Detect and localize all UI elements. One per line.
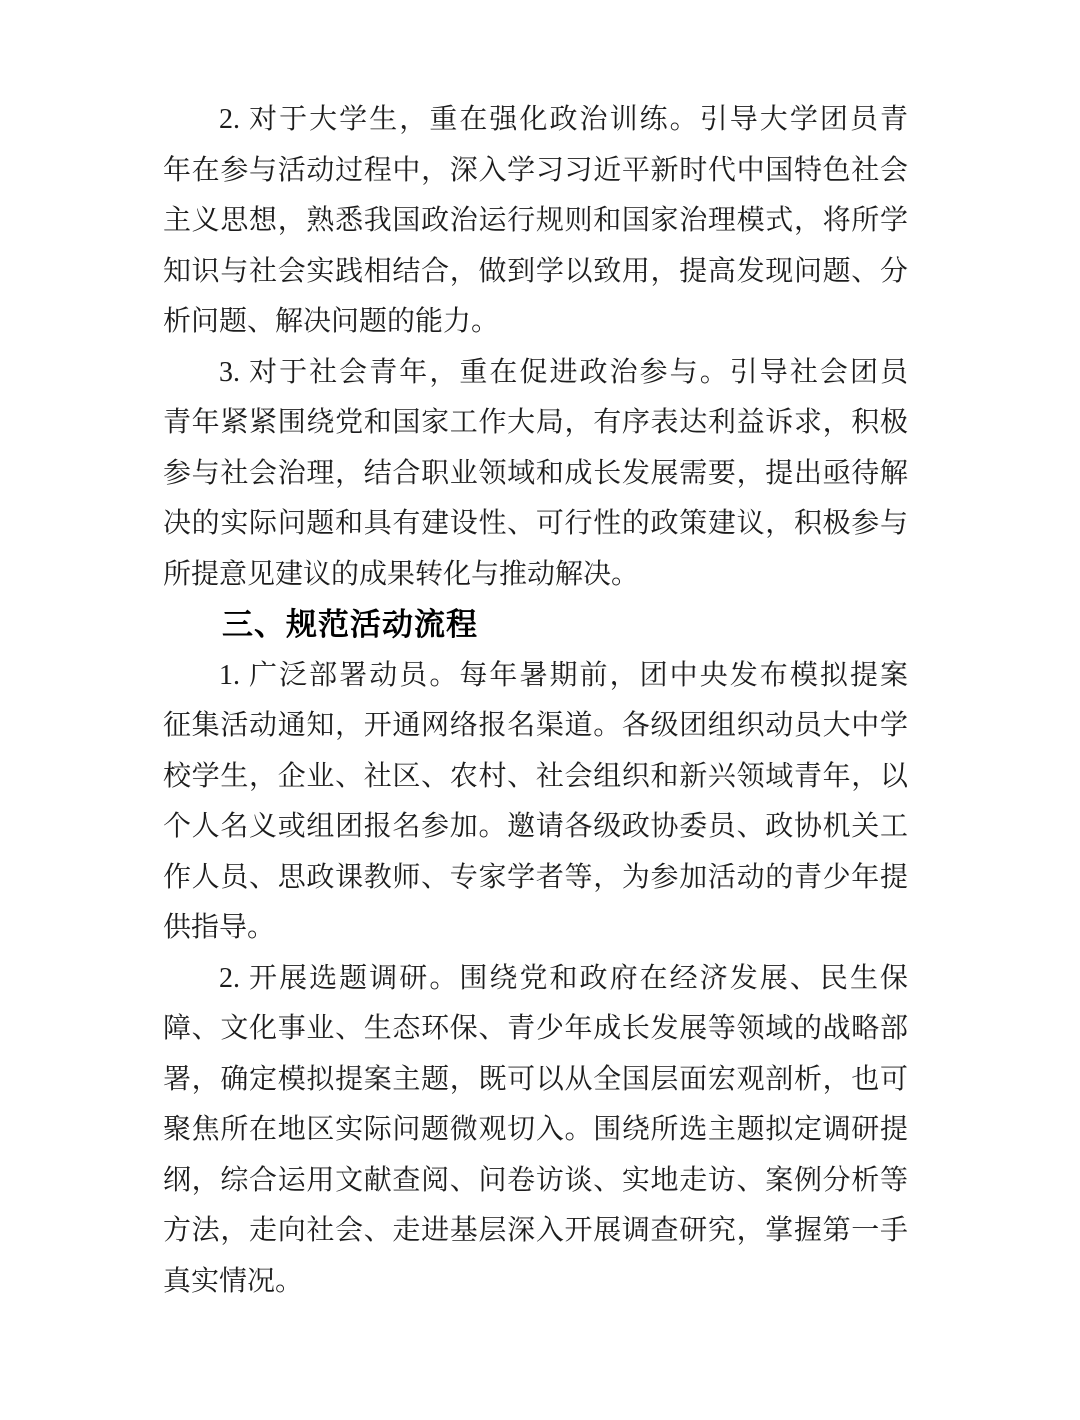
text-line: 2. 开展选题调研。围绕党和政府在经济发展、民生保 [163, 954, 908, 1005]
paragraph: 2. 开展选题调研。围绕党和政府在经济发展、民生保障、文化事业、生态环保、青少年… [163, 954, 908, 1308]
text-line: 校学生，企业、社区、农村、社会组织和新兴领域青年，以 [163, 752, 908, 803]
text-line: 真实情况。 [163, 1257, 908, 1308]
paragraph: 2. 对于大学生，重在强化政治训练。引导大学团员青年在参与活动过程中，深入学习习… [163, 95, 908, 348]
text-line: 纲，综合运用文献查阅、问卷访谈、实地走访、案例分析等 [163, 1156, 908, 1207]
text-line: 年在参与活动过程中，深入学习习近平新时代中国特色社会 [163, 146, 908, 197]
text-line: 参与社会治理，结合职业领域和成长发展需要，提出亟待解 [163, 449, 908, 500]
text-line: 障、文化事业、生态环保、青少年成长发展等领域的战略部 [163, 1004, 908, 1055]
text-line: 3. 对于社会青年，重在促进政治参与。引导社会团员 [163, 348, 908, 399]
text-line: 析问题、解决问题的能力。 [163, 297, 908, 348]
text-line: 决的实际问题和具有建设性、可行性的政策建议，积极参与 [163, 499, 908, 550]
document-page: 2. 对于大学生，重在强化政治训练。引导大学团员青年在参与活动过程中，深入学习习… [0, 0, 1080, 1420]
text-line: 知识与社会实践相结合，做到学以致用，提高发现问题、分 [163, 247, 908, 298]
text-line: 供指导。 [163, 903, 908, 954]
text-line: 所提意见建议的成果转化与推动解决。 [163, 550, 908, 601]
text-line: 征集活动通知，开通网络报名渠道。各级团组织动员大中学 [163, 701, 908, 752]
section-heading: 三、规范活动流程 [163, 600, 908, 651]
text-line: 主义思想，熟悉我国政治运行规则和国家治理模式，将所学 [163, 196, 908, 247]
text-line: 个人名义或组团报名参加。邀请各级政协委员、政协机关工 [163, 802, 908, 853]
paragraph: 3. 对于社会青年，重在促进政治参与。引导社会团员青年紧紧围绕党和国家工作大局，… [163, 348, 908, 601]
text-line: 青年紧紧围绕党和国家工作大局，有序表达利益诉求，积极 [163, 398, 908, 449]
paragraph: 1. 广泛部署动员。每年暑期前，团中央发布模拟提案征集活动通知，开通网络报名渠道… [163, 651, 908, 954]
text-line: 署，确定模拟提案主题，既可以从全国层面宏观剖析，也可 [163, 1055, 908, 1106]
text-line: 作人员、思政课教师、专家学者等，为参加活动的青少年提 [163, 853, 908, 904]
document-body: 2. 对于大学生，重在强化政治训练。引导大学团员青年在参与活动过程中，深入学习习… [163, 95, 908, 1307]
text-line: 1. 广泛部署动员。每年暑期前，团中央发布模拟提案 [163, 651, 908, 702]
text-line: 2. 对于大学生，重在强化政治训练。引导大学团员青 [163, 95, 908, 146]
text-line: 聚焦所在地区实际问题微观切入。围绕所选主题拟定调研提 [163, 1105, 908, 1156]
text-line: 方法，走向社会、走进基层深入开展调查研究，掌握第一手 [163, 1206, 908, 1257]
